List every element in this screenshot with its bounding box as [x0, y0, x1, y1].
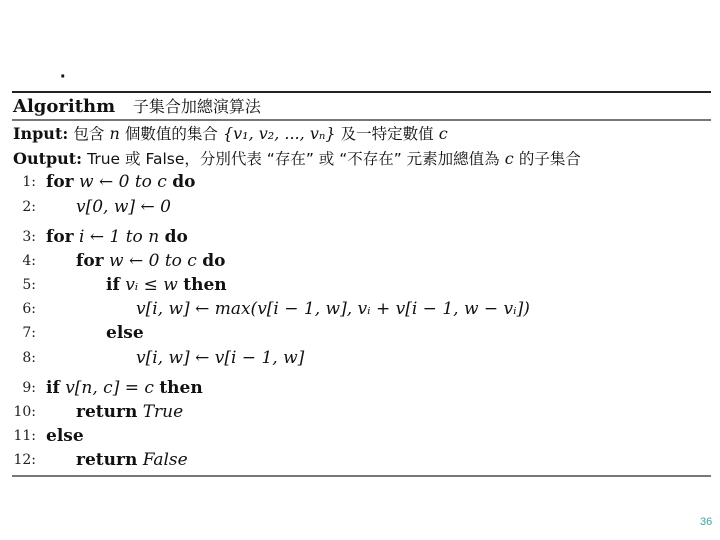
line-number: 3: — [0, 229, 36, 245]
code-keyword: return — [76, 450, 137, 470]
line-number: 11: — [0, 428, 36, 444]
code-expression: w ← 0 to c — [79, 172, 167, 192]
input-text: 及一特定數值 — [341, 125, 434, 143]
code-expression: v[0, w] ← 0 — [76, 197, 171, 217]
line-number: 1: — [0, 174, 36, 190]
code-keyword: if — [106, 275, 120, 295]
code-text: for w ← 0 to c do — [76, 251, 225, 271]
code-text: if v[n, c] = c then — [46, 378, 203, 398]
code-text: return False — [76, 450, 188, 470]
var-n: n — [109, 124, 119, 143]
line-number: 9: — [0, 380, 36, 396]
top-rule — [12, 91, 711, 93]
code-keyword: then — [159, 378, 202, 398]
code-keyword: for — [46, 227, 74, 247]
code-expression: v[n, c] = c — [65, 378, 154, 398]
code-keyword: if — [46, 378, 60, 398]
output-label: Output: — [13, 149, 82, 168]
code-text: for w ← 0 to c do — [46, 172, 195, 192]
code-text: if vᵢ ≤ w then — [106, 275, 227, 295]
code-keyword: for — [46, 172, 74, 192]
code-keyword: else — [106, 323, 144, 343]
code-keyword: for — [76, 251, 104, 271]
line-number: 7: — [0, 325, 36, 341]
code-keyword: return — [76, 402, 137, 422]
code-text: v[i, w] ← v[i − 1, w] — [136, 348, 304, 368]
code-keyword: do — [165, 227, 188, 247]
input-set: {v₁, v₂, ..., vₙ} — [223, 124, 336, 143]
output-text: True 或 False，分別代表 “存在” 或 “不存在” 元素加總值為 — [87, 150, 500, 168]
code-keyword: then — [183, 275, 226, 295]
line-number: 12: — [0, 452, 36, 468]
line-number: 4: — [0, 253, 36, 269]
input-text: 個數值的集合 — [125, 125, 218, 143]
code-expression: v[i, w] ← v[i − 1, w] — [136, 348, 304, 368]
code-text: else — [106, 323, 144, 343]
code-expression: True — [143, 402, 183, 422]
output-line: Output: True 或 False，分別代表 “存在” 或 “不存在” 元… — [13, 147, 581, 169]
bullet-dot: · — [60, 66, 67, 89]
line-number: 10: — [0, 404, 36, 420]
code-text: for i ← 1 to n do — [46, 227, 188, 247]
code-keyword: do — [172, 172, 195, 192]
input-line: Input: 包含 n 個數值的集合 {v₁, v₂, ..., vₙ} 及一特… — [13, 122, 448, 144]
code-expression: i ← 1 to n — [79, 227, 159, 247]
code-text: else — [46, 426, 84, 446]
line-number: 2: — [0, 199, 36, 215]
output-text: 的子集合 — [519, 150, 581, 168]
algorithm-keyword: Algorithm — [13, 96, 115, 117]
page-number: 36 — [700, 516, 712, 528]
line-number: 8: — [0, 350, 36, 366]
bottom-rule — [12, 475, 711, 477]
input-label: Input: — [13, 124, 68, 143]
var-c: c — [439, 124, 448, 143]
line-number: 6: — [0, 301, 36, 317]
code-text: v[0, w] ← 0 — [76, 197, 171, 217]
line-number: 5: — [0, 277, 36, 293]
code-keyword: else — [46, 426, 84, 446]
code-expression: vᵢ ≤ w — [125, 275, 178, 295]
var-c: c — [505, 149, 514, 168]
title-rule — [12, 119, 711, 121]
code-expression: v[i, w] ← max(v[i − 1, w], vᵢ + v[i − 1,… — [136, 299, 530, 319]
code-expression: w ← 0 to c — [109, 251, 197, 271]
algorithm-name: 子集合加總演算法 — [133, 97, 261, 116]
code-text: v[i, w] ← max(v[i − 1, w], vᵢ + v[i − 1,… — [136, 299, 530, 319]
code-keyword: do — [202, 251, 225, 271]
code-expression: False — [143, 450, 188, 470]
input-text: 包含 — [73, 125, 104, 143]
algorithm-title: Algorithm 子集合加總演算法 — [13, 94, 261, 117]
code-text: return True — [76, 402, 183, 422]
